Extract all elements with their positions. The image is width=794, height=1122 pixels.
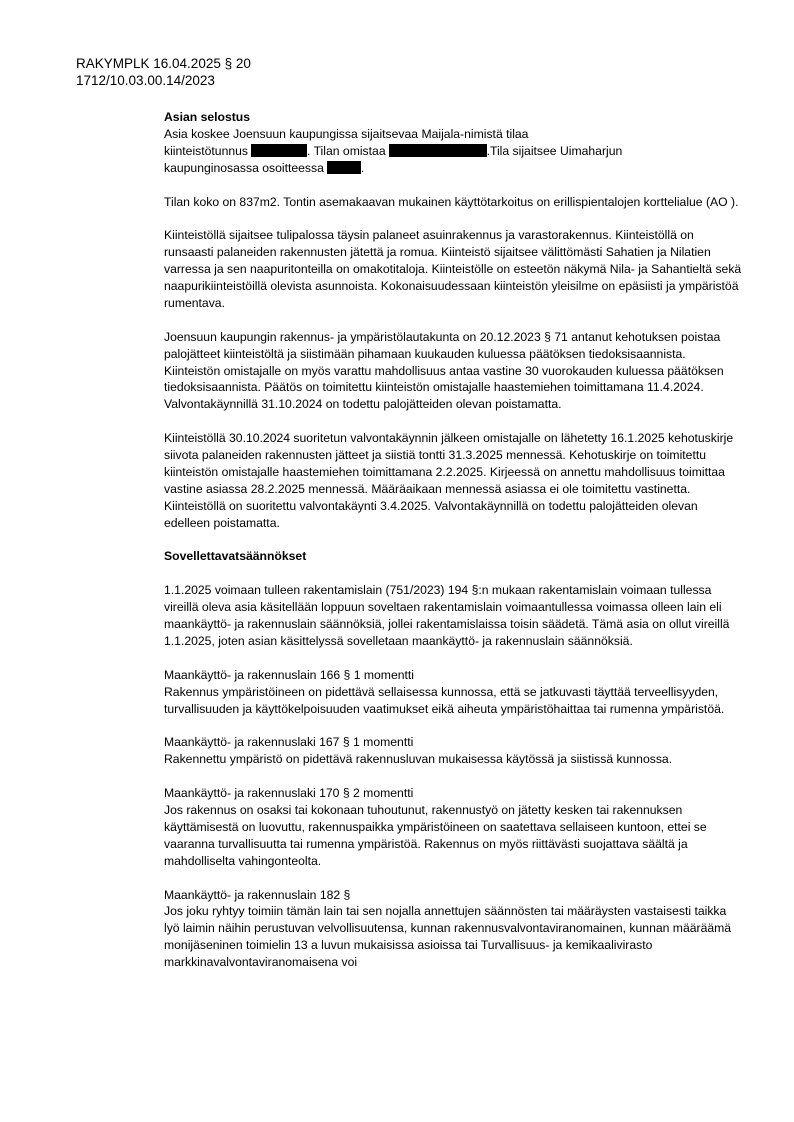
redaction-property-id <box>251 144 307 157</box>
case-number: 1712/10.03.00.14/2023 <box>76 72 251 89</box>
meeting-reference: RAKYMPLK 16.04.2025 § 20 <box>76 55 251 72</box>
law-reference: Maankäyttö- ja rakennuslaki 170 § 2 mome… <box>164 786 413 800</box>
document-header: RAKYMPLK 16.04.2025 § 20 1712/10.03.00.1… <box>76 55 251 89</box>
section-heading-regulations: Sovellettavatsäännökset <box>164 548 744 565</box>
paragraph-condition: Kiinteistöllä sijaitsee tulipalossa täys… <box>164 227 744 312</box>
paragraph-property-info: Asia koskee Joensuun kaupungissa sijaits… <box>164 126 744 177</box>
law-block: Maankäyttö- ja rakennuslain 166 § 1 mome… <box>164 667 744 718</box>
paragraph-size: Tilan koko on 837m2. Tontin asemakaavan … <box>164 194 744 211</box>
law-block: Maankäyttö- ja rakennuslaki 167 § 1 mome… <box>164 734 744 768</box>
law-text: Jos joku ryhtyy toimiin tämän lain tai s… <box>164 904 731 969</box>
law-text: Jos rakennus on osaksi tai kokonaan tuho… <box>164 803 707 868</box>
law-block: Maankäyttö- ja rakennuslain 182 § Jos jo… <box>164 887 744 972</box>
paragraph-board-decision: Joensuun kaupungin rakennus- ja ympärist… <box>164 329 744 414</box>
redaction-address <box>327 161 361 174</box>
law-text: Rakennus ympäristöineen on pidettävä sel… <box>164 685 724 716</box>
law-block: Maankäyttö- ja rakennuslaki 170 § 2 mome… <box>164 785 744 870</box>
section-heading-asian-selostus: Asian selostus <box>164 109 744 126</box>
document-body: Asian selostus Asia koskee Joensuun kaup… <box>164 109 744 988</box>
law-text: Rakennettu ympäristö on pidettävä rakenn… <box>164 752 672 766</box>
paragraph-transition-rule: 1.1.2025 voimaan tulleen rakentamislain … <box>164 582 744 650</box>
paragraph-follow-up: Kiinteistöllä 30.10.2024 suoritetun valv… <box>164 430 744 531</box>
law-reference: Maankäyttö- ja rakennuslain 166 § 1 mome… <box>164 668 414 682</box>
redaction-owner <box>389 144 487 157</box>
law-reference: Maankäyttö- ja rakennuslain 182 § <box>164 888 350 902</box>
law-reference: Maankäyttö- ja rakennuslaki 167 § 1 mome… <box>164 735 413 749</box>
